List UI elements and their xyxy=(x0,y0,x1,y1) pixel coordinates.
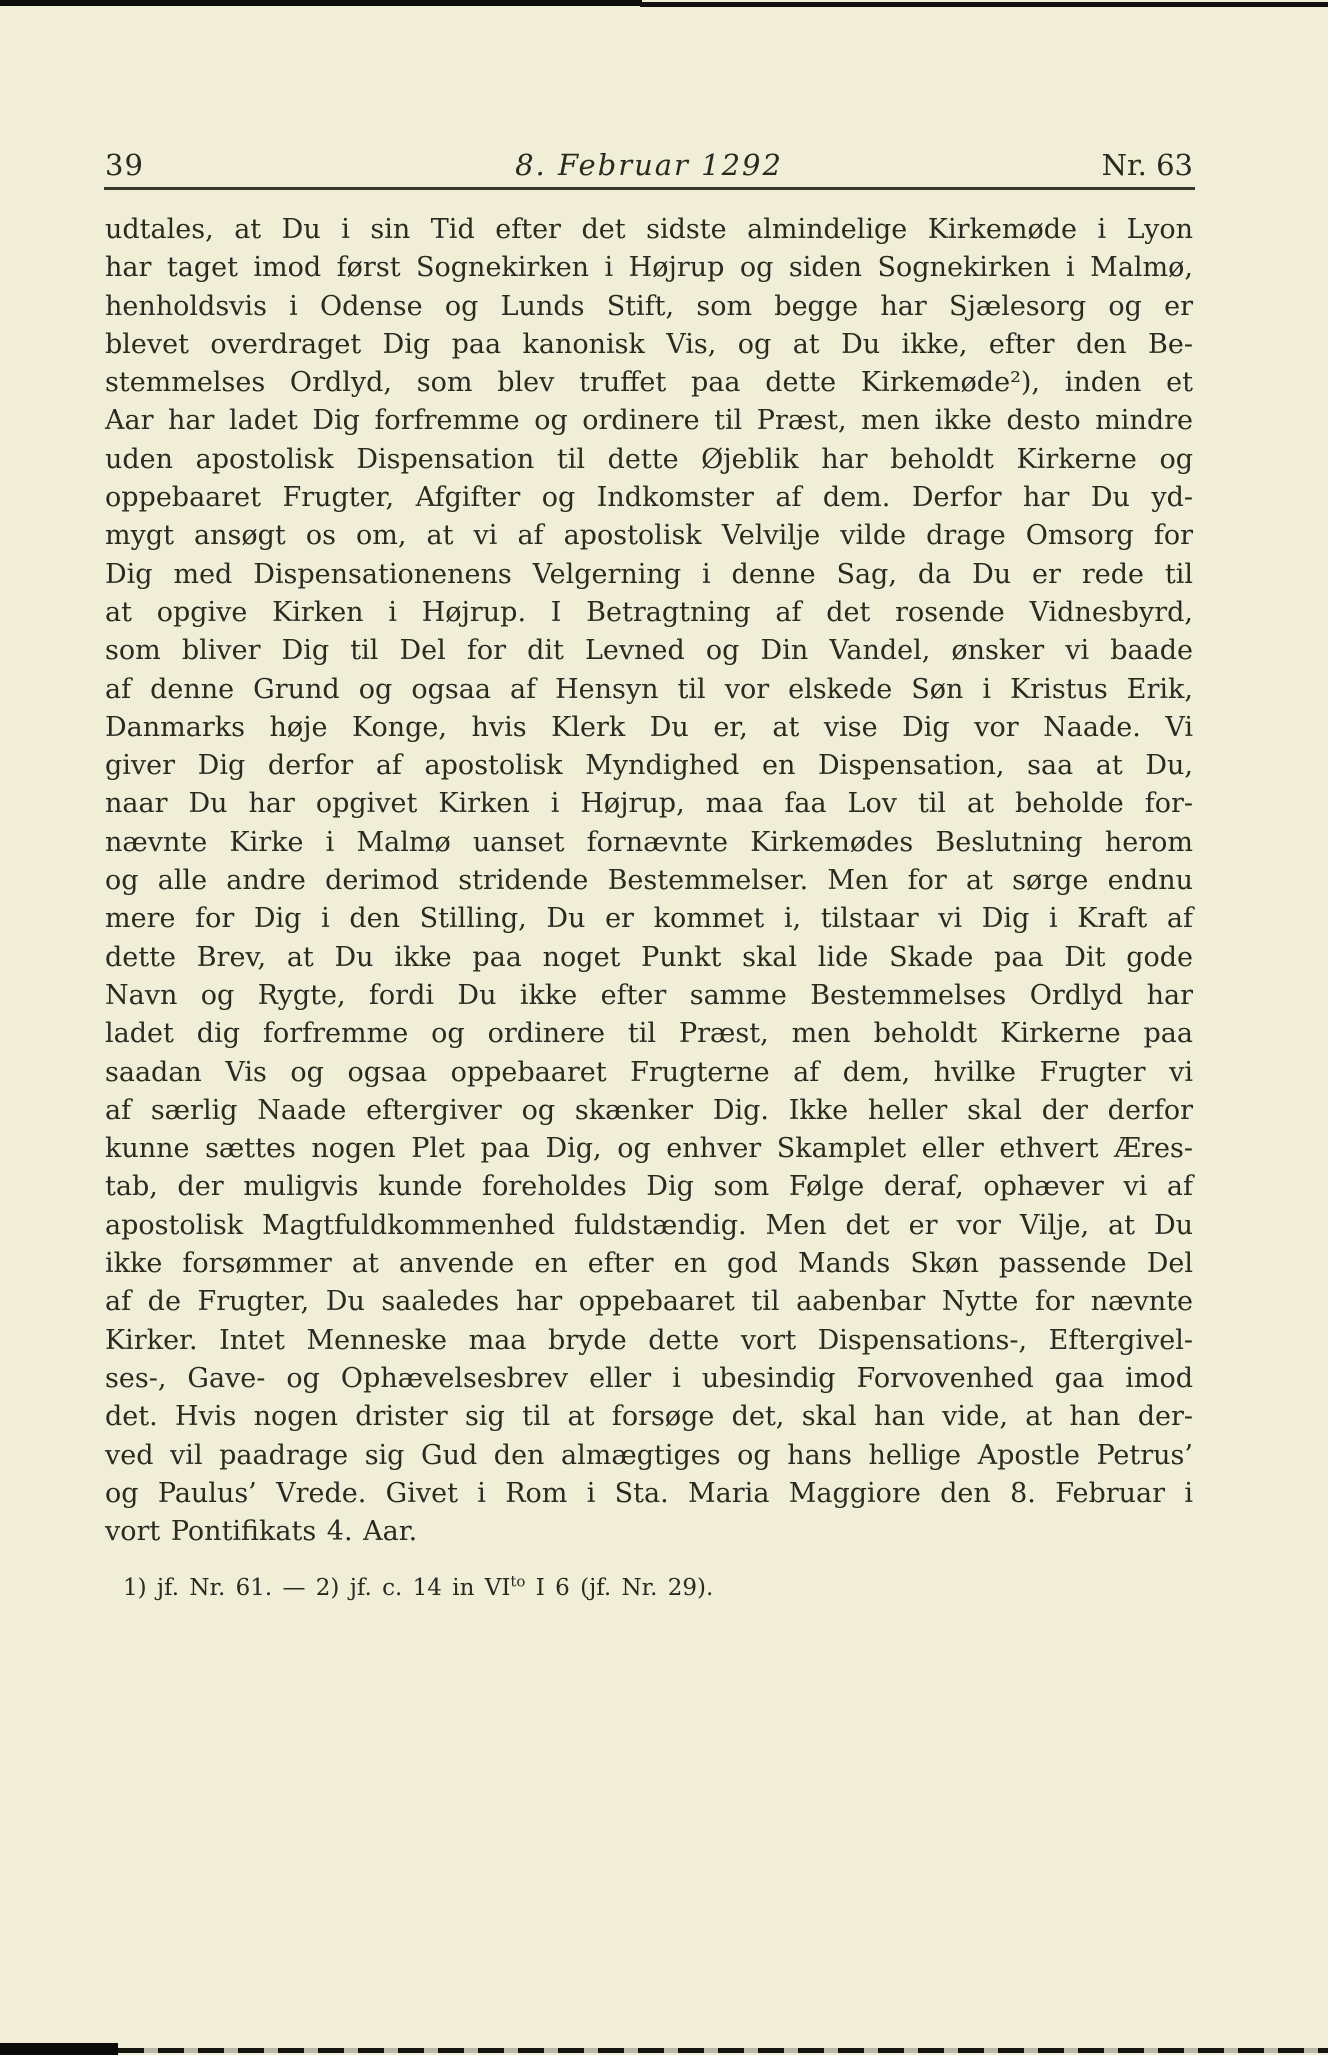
text-line: Kirker. Intet Menneske maa bryde dette v… xyxy=(105,1322,1193,1360)
text-line: apostolisk Magtfuldkommenhed fuldstændig… xyxy=(105,1207,1193,1245)
text-line: tab, der muligvis kunde foreholdes Dig s… xyxy=(105,1168,1193,1206)
text-line: Navn og Rygte, fordi Du ikke efter samme… xyxy=(105,977,1193,1015)
scanned-document-page: 39 8. Februar 1292 Nr. 63 udtales, at Du… xyxy=(0,0,1328,2055)
scan-edge-bottom-dash xyxy=(118,2048,1328,2053)
text-line: og alle andre derimod stridende Bestemme… xyxy=(105,862,1193,900)
body-text-block: udtales, at Du i sin Tid efter det sidst… xyxy=(105,211,1193,1551)
text-line: giver Dig derfor af apostolisk Myndighed… xyxy=(105,747,1193,785)
text-line: naar Du har opgivet Kirken i Højrup, maa… xyxy=(105,785,1193,823)
text-line: og Paulus’ Vrede. Givet i Rom i Sta. Mar… xyxy=(105,1475,1193,1513)
text-line: saadan Vis og ogsaa oppebaaret Frugterne… xyxy=(105,1054,1193,1092)
text-line: ses-, Gave- og Ophævelsesbrev eller i ub… xyxy=(105,1360,1193,1398)
text-line: det. Hvis nogen drister sig til at forsø… xyxy=(105,1398,1193,1436)
text-line: af særlig Naade eftergiver og skænker Di… xyxy=(105,1092,1193,1130)
footnote: 1) jf. Nr. 61. — 2) jf. c. 14 in VIto I … xyxy=(105,1572,1193,1604)
text-line: af denne Grund og ogsaa af Hensyn til vo… xyxy=(105,671,1193,709)
text-line: har taget imod først Sognekirken i Højru… xyxy=(105,249,1193,287)
text-line: vort Pontifikats 4. Aar. xyxy=(105,1513,1193,1551)
text-line: mere for Dig i den Stilling, Du er komme… xyxy=(105,900,1193,938)
text-line: af de Frugter, Du saaledes har oppebaare… xyxy=(105,1283,1193,1321)
text-line: Aar har ladet Dig forfremme og ordinere … xyxy=(105,402,1193,440)
text-line: uden apostolisk Dispensation til dette Ø… xyxy=(105,441,1193,479)
footnote-text: 1) jf. Nr. 61. — 2) jf. c. 14 in VI xyxy=(123,1575,510,1601)
text-line: oppebaaret Frugter, Afgifter og Indkomst… xyxy=(105,479,1193,517)
header-date-title: 8. Februar 1292 xyxy=(515,144,783,186)
text-line: mygt ansøgt os om, at vi af apostolisk V… xyxy=(105,517,1193,555)
scan-edge-top-right xyxy=(640,2,1328,7)
document-number: Nr. 63 xyxy=(1102,144,1193,186)
text-line: som bliver Dig til Del for dit Levned og… xyxy=(105,632,1193,670)
text-line: at opgive Kirken i Højrup. I Betragtning… xyxy=(105,594,1193,632)
text-line: blevet overdraget Dig paa kanonisk Vis, … xyxy=(105,326,1193,364)
text-line: Dig med Dispensationenens Velgerning i d… xyxy=(105,556,1193,594)
scan-edge-top-left xyxy=(0,0,642,6)
text-line: nævnte Kirke i Malmø uanset fornævnte Ki… xyxy=(105,824,1193,862)
scan-edge-bottom-left xyxy=(0,2043,118,2055)
text-line: henholdsvis i Odense og Lunds Stift, som… xyxy=(105,288,1193,326)
text-line: udtales, at Du i sin Tid efter det sidst… xyxy=(105,211,1193,249)
text-line: stemmelses Ordlyd, som blev truffet paa … xyxy=(105,364,1193,402)
footnote-text-tail: I 6 (jf. Nr. 29). xyxy=(525,1575,713,1601)
text-line: Danmarks høje Konge, hvis Klerk Du er, a… xyxy=(105,709,1193,747)
page-number: 39 xyxy=(105,144,144,186)
header-rule xyxy=(104,187,1195,190)
text-line: ladet dig forfremme og ordinere til Præs… xyxy=(105,1015,1193,1053)
text-line: kunne sættes nogen Plet paa Dig, og enhv… xyxy=(105,1130,1193,1168)
text-line: dette Brev, at Du ikke paa noget Punkt s… xyxy=(105,939,1193,977)
footnote-superscript: to xyxy=(510,1572,525,1590)
text-line: ved vil paadrage sig Gud den almægtiges … xyxy=(105,1437,1193,1475)
text-line: ikke forsømmer at anvende en efter en go… xyxy=(105,1245,1193,1283)
page-header: 39 8. Februar 1292 Nr. 63 xyxy=(105,144,1193,186)
